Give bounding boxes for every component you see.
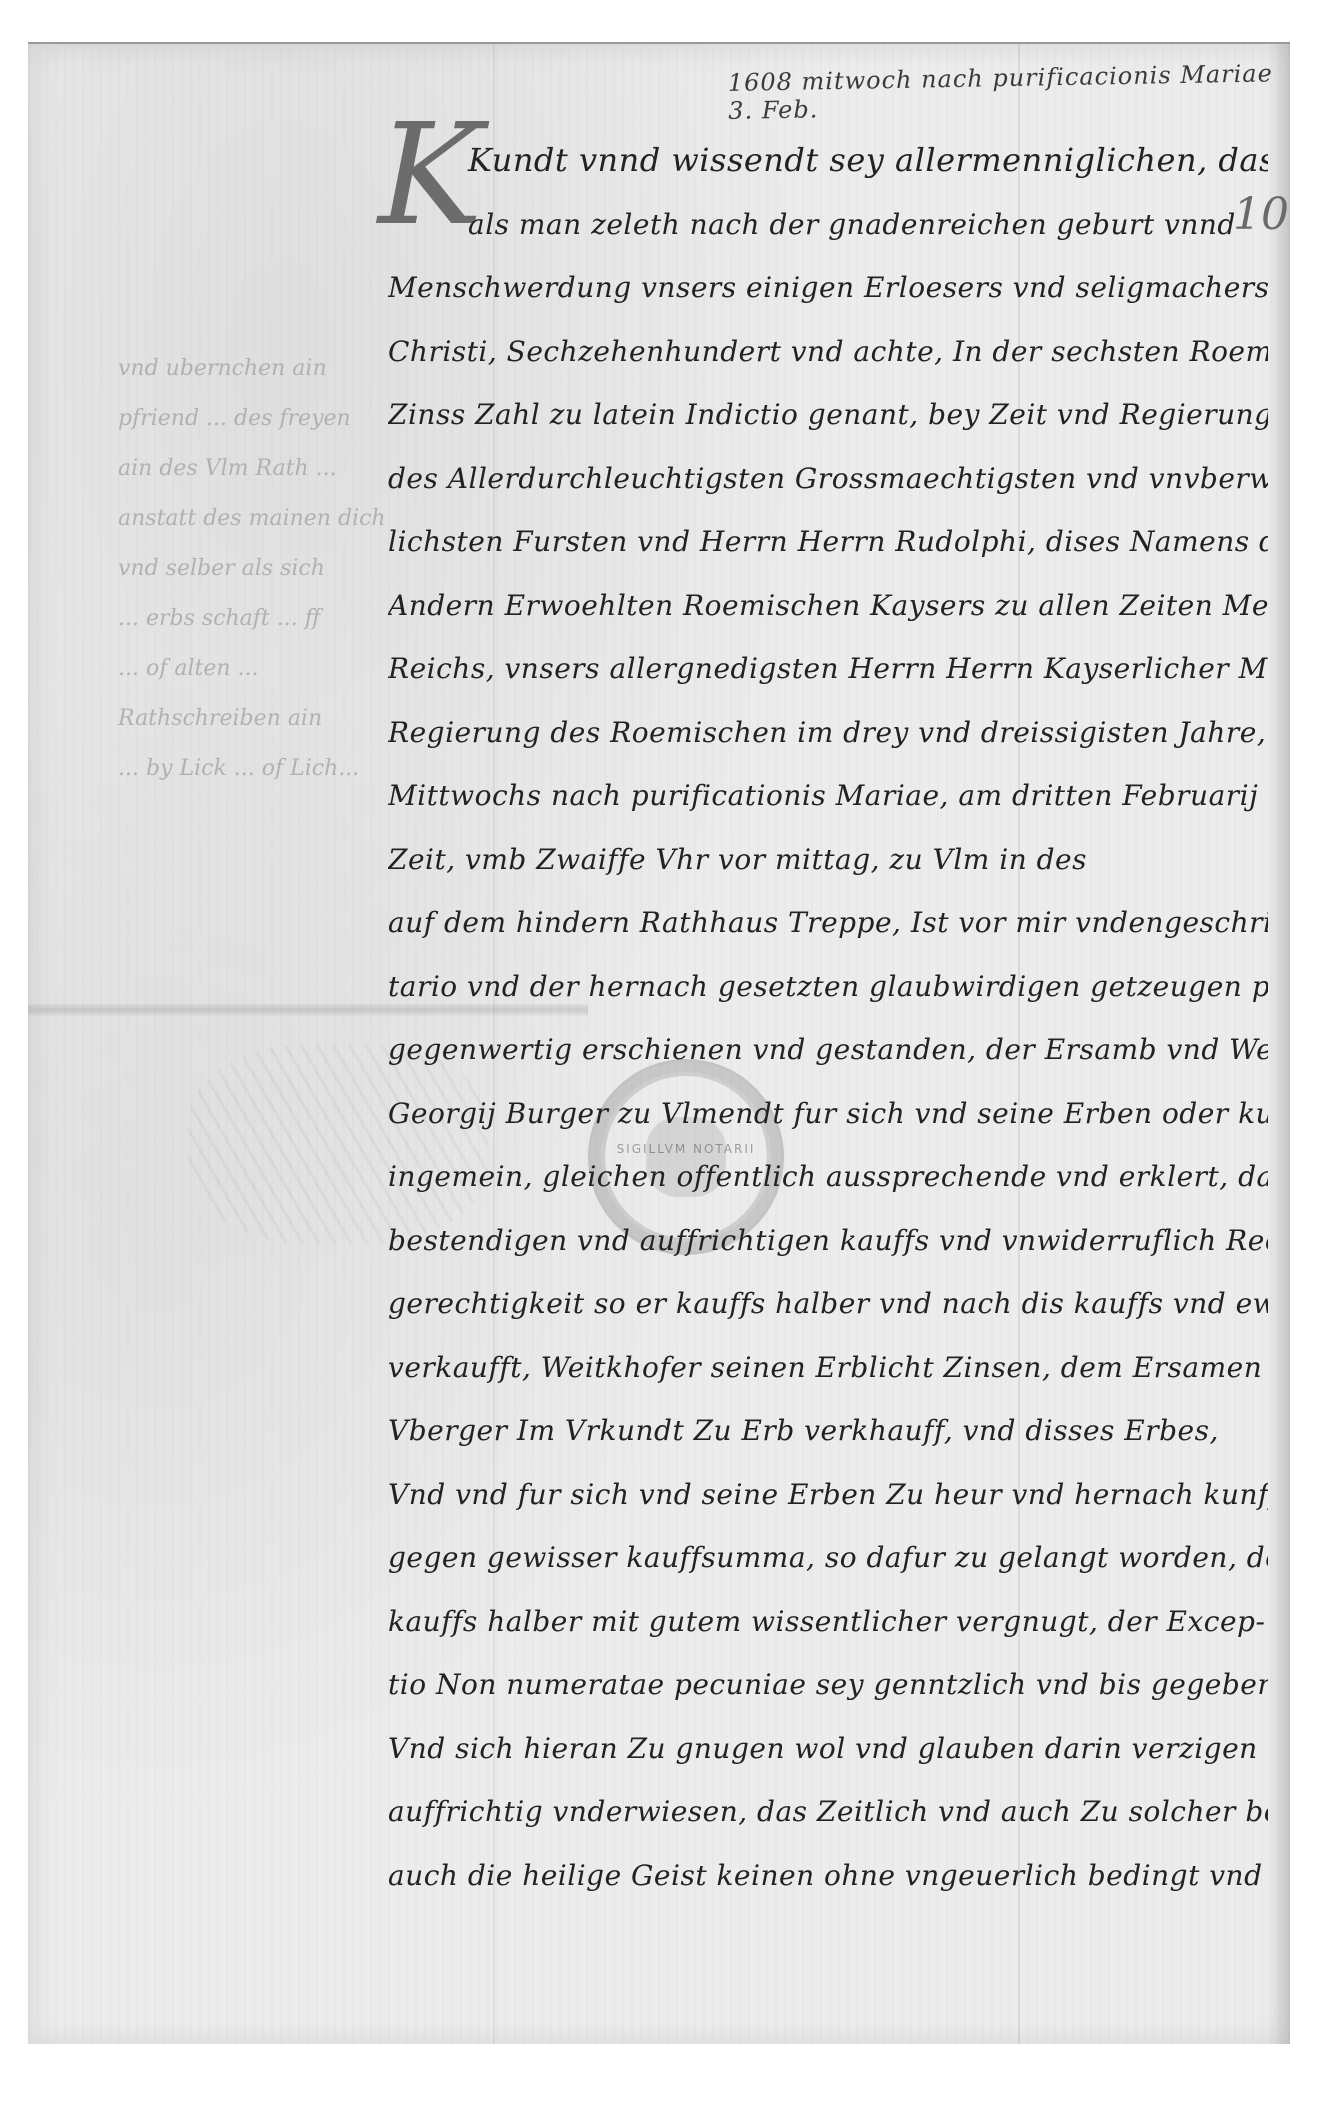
text-line: auf dem hindern Rathhaus Treppe, Ist vor… <box>388 891 1268 955</box>
text-line: Georgij Burger zu Vlmendt fur sich vnd s… <box>388 1082 1268 1146</box>
text-line: Zinss Zahl zu latein Indictio genant, be… <box>388 383 1268 447</box>
text-line: Vberger Im Vrkundt Zu Erb verkhauff, vnd… <box>388 1399 1268 1463</box>
manuscript-page: 1608 mitwoch nach purificacionis Mariae … <box>28 42 1290 2044</box>
margin-note: anstatt des mainen dich <box>118 494 418 544</box>
text-line: tario vnd der hernach gesetzten glaubwir… <box>388 955 1268 1019</box>
page-edge-shadow <box>1268 44 1290 2044</box>
text-line: auffrichtig vnderwiesen, das Zeitlich vn… <box>388 1780 1268 1844</box>
text-line: verkaufft, Weitkhofer seinen Erblicht Zi… <box>388 1336 1268 1400</box>
text-line: Mittwochs nach purificationis Mariae, am… <box>388 764 1268 828</box>
text-line: Reichs, vnsers allergnedigsten Herrn Her… <box>388 637 1268 701</box>
text-line: gegenwertig erschienen vnd gestanden, de… <box>388 1018 1268 1082</box>
header-date-note: 1608 mitwoch nach purificacionis Mariae … <box>728 59 1291 125</box>
main-text-block: Kundt vnnd wissendt sey allermennigliche… <box>388 129 1268 1907</box>
text-line: bestendigen vnd auffrichtigen kauffs vnd… <box>388 1209 1268 1273</box>
margin-note: ... by Lick ... of Lich... <box>118 744 418 794</box>
margin-note: pfriend ... des freyen <box>118 394 418 444</box>
margin-note: vnd selber als sich <box>118 544 418 594</box>
text-line: kauffs halber mit gutem wissentlicher ve… <box>388 1590 1268 1654</box>
text-line: auch die heilige Geist keinen ohne vngeu… <box>388 1844 1268 1908</box>
text-line: lichsten Fursten vnd Herrn Herrn Rudolph… <box>388 510 1268 574</box>
text-line: Kundt vnnd wissendt sey allermennigliche… <box>388 129 1268 193</box>
text-line: ingemein, gleichen offentlich ausspreche… <box>388 1145 1268 1209</box>
margin-note: ain des Vlm Rath ... <box>118 444 418 494</box>
text-line: des Allerdurchleuchtigsten Grossmaechtig… <box>388 447 1268 511</box>
text-line: als man zeleth nach der gnadenreichen ge… <box>388 193 1268 257</box>
text-line: Menschwerdung vnsers einigen Erloesers v… <box>388 256 1268 320</box>
text-line: gerechtigkeit so er kauffs halber vnd na… <box>388 1272 1268 1336</box>
text-line: Zeit, vmb Zwaiffe Vhr vor mittag, zu Vlm… <box>388 828 1268 892</box>
text-line: Vnd sich hieran Zu gnugen wol vnd glaube… <box>388 1717 1268 1781</box>
text-line: Christi, Sechzehenhundert vnd achte, In … <box>388 320 1268 384</box>
text-line: Andern Erwoehlten Roemischen Kaysers zu … <box>388 574 1268 638</box>
margin-note: ... of alten ... <box>118 644 418 694</box>
text-line: gegen gewisser kauffsumma, so dafur zu g… <box>388 1526 1268 1590</box>
text-line: Regierung des Roemischen im drey vnd dre… <box>388 701 1268 765</box>
margin-note: vnd ubernchen ain <box>118 344 418 394</box>
text-line: Vnd vnd fur sich vnd seine Erben Zu heur… <box>388 1463 1268 1527</box>
margin-note: Rathschreiben ain <box>118 694 418 744</box>
text-line: tio Non numeratae pecuniae sey genntzlic… <box>388 1653 1268 1717</box>
margin-note: ... erbs schaft ... ff <box>118 594 418 644</box>
left-margin-notes: vnd ubernchen ain pfriend ... des freyen… <box>118 344 418 794</box>
